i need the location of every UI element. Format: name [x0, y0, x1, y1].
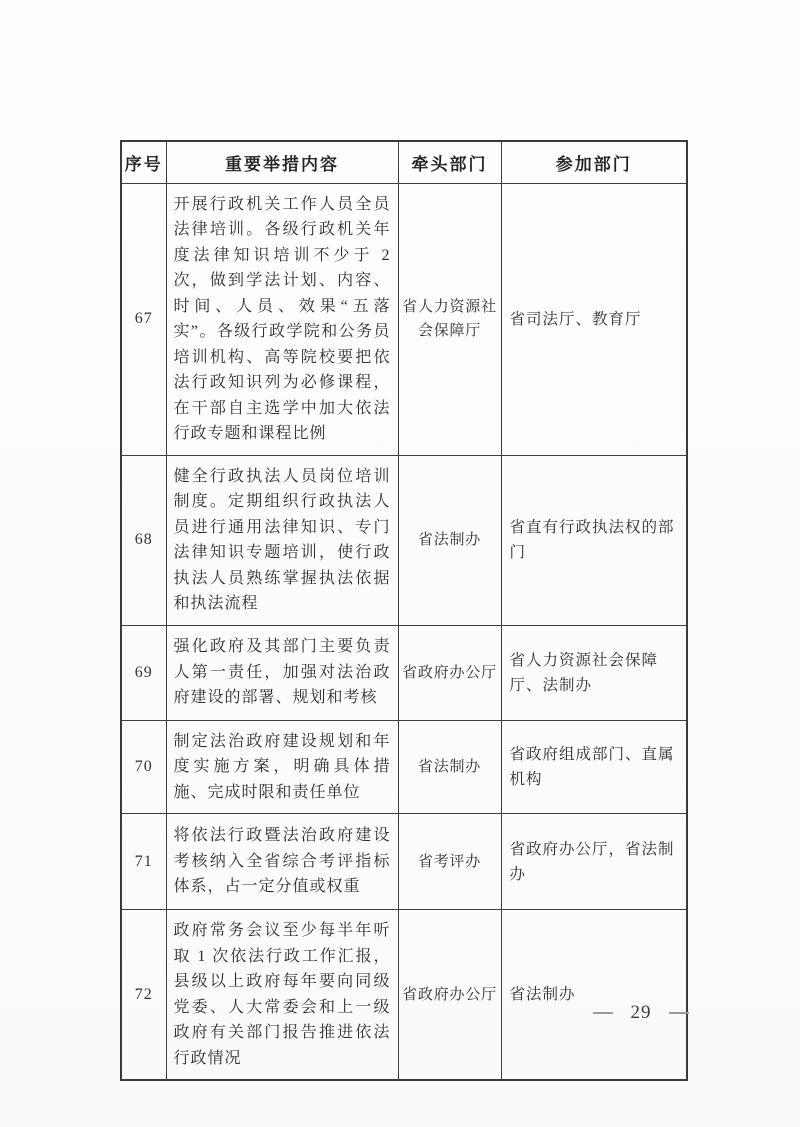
table-row: 68 健全行政执法人员岗位培训制度。定期组织行政执法人员进行通用法律知识、专门法…: [121, 455, 687, 625]
cell-participating-departments: 省政府组成部门、直属机构: [501, 720, 687, 814]
page-number-dash-left: [593, 1012, 613, 1014]
cell-serial-number: 68: [121, 455, 166, 625]
cell-measure-content: 将依法行政暨法治政府建设考核纳入全省综合考评指标体系，占一定分值或权重: [166, 814, 398, 910]
cell-participating-departments: 省法制办: [501, 910, 687, 1081]
cell-serial-number: 69: [121, 625, 166, 720]
cell-participating-departments: 省直有行政执法权的部门: [501, 455, 687, 625]
cell-lead-department: 省法制办: [398, 720, 501, 814]
header-serial-number: 序号: [121, 141, 166, 183]
cell-serial-number: 67: [121, 183, 166, 455]
cell-serial-number: 70: [121, 720, 166, 814]
table-row: 70 制定法治政府建设规划和年度实施方案，明确具体措施、完成时限和责任单位 省法…: [121, 720, 687, 814]
cell-participating-departments: 省司法厅、教育厅: [501, 183, 687, 455]
cell-serial-number: 72: [121, 910, 166, 1081]
page-number-dash-right: [669, 1012, 689, 1014]
cell-measure-content: 强化政府及其部门主要负责人第一责任，加强对法治政府建设的部署、规划和考核: [166, 625, 398, 720]
table-row: 72 政府常务会议至少每半年听取 1 次依法行政工作汇报，县级以上政府每年要向同…: [121, 910, 687, 1081]
header-participating-departments: 参加部门: [501, 141, 687, 183]
header-measure-content: 重要举措内容: [166, 141, 398, 183]
cell-lead-department: 省政府办公厅: [398, 910, 501, 1081]
cell-measure-content: 健全行政执法人员岗位培训制度。定期组织行政执法人员进行通用法律知识、专门法律知识…: [166, 455, 398, 625]
measures-table: 序号 重要举措内容 牵头部门 参加部门 67 开展行政机关工作人员全员法律培训。…: [120, 140, 688, 1081]
cell-serial-number: 71: [121, 814, 166, 910]
cell-lead-department: 省考评办: [398, 814, 501, 910]
cell-lead-department: 省人力资源社会保障厅: [398, 183, 501, 455]
table-row: 71 将依法行政暨法治政府建设考核纳入全省综合考评指标体系，占一定分值或权重 省…: [121, 814, 687, 910]
page-number: 29: [593, 1000, 689, 1026]
cell-participating-departments: 省人力资源社会保障厅、法制办: [501, 625, 687, 720]
page-number-value: 29: [631, 1002, 652, 1024]
cell-participating-departments: 省政府办公厅，省法制办: [501, 814, 687, 910]
table-row: 69 强化政府及其部门主要负责人第一责任，加强对法治政府建设的部署、规划和考核 …: [121, 625, 687, 720]
cell-lead-department: 省政府办公厅: [398, 625, 501, 720]
cell-measure-content: 制定法治政府建设规划和年度实施方案，明确具体措施、完成时限和责任单位: [166, 720, 398, 814]
table-header-row: 序号 重要举措内容 牵头部门 参加部门: [121, 141, 687, 183]
document-page: 序号 重要举措内容 牵头部门 参加部门 67 开展行政机关工作人员全员法律培训。…: [0, 0, 800, 1127]
table-row: 67 开展行政机关工作人员全员法律培训。各级行政机关年度法律知识培训不少于 2 …: [121, 183, 687, 455]
cell-lead-department: 省法制办: [398, 455, 501, 625]
cell-measure-content: 开展行政机关工作人员全员法律培训。各级行政机关年度法律知识培训不少于 2 次，做…: [166, 183, 398, 455]
header-lead-department: 牵头部门: [398, 141, 501, 183]
cell-measure-content: 政府常务会议至少每半年听取 1 次依法行政工作汇报，县级以上政府每年要向同级党委…: [166, 910, 398, 1081]
